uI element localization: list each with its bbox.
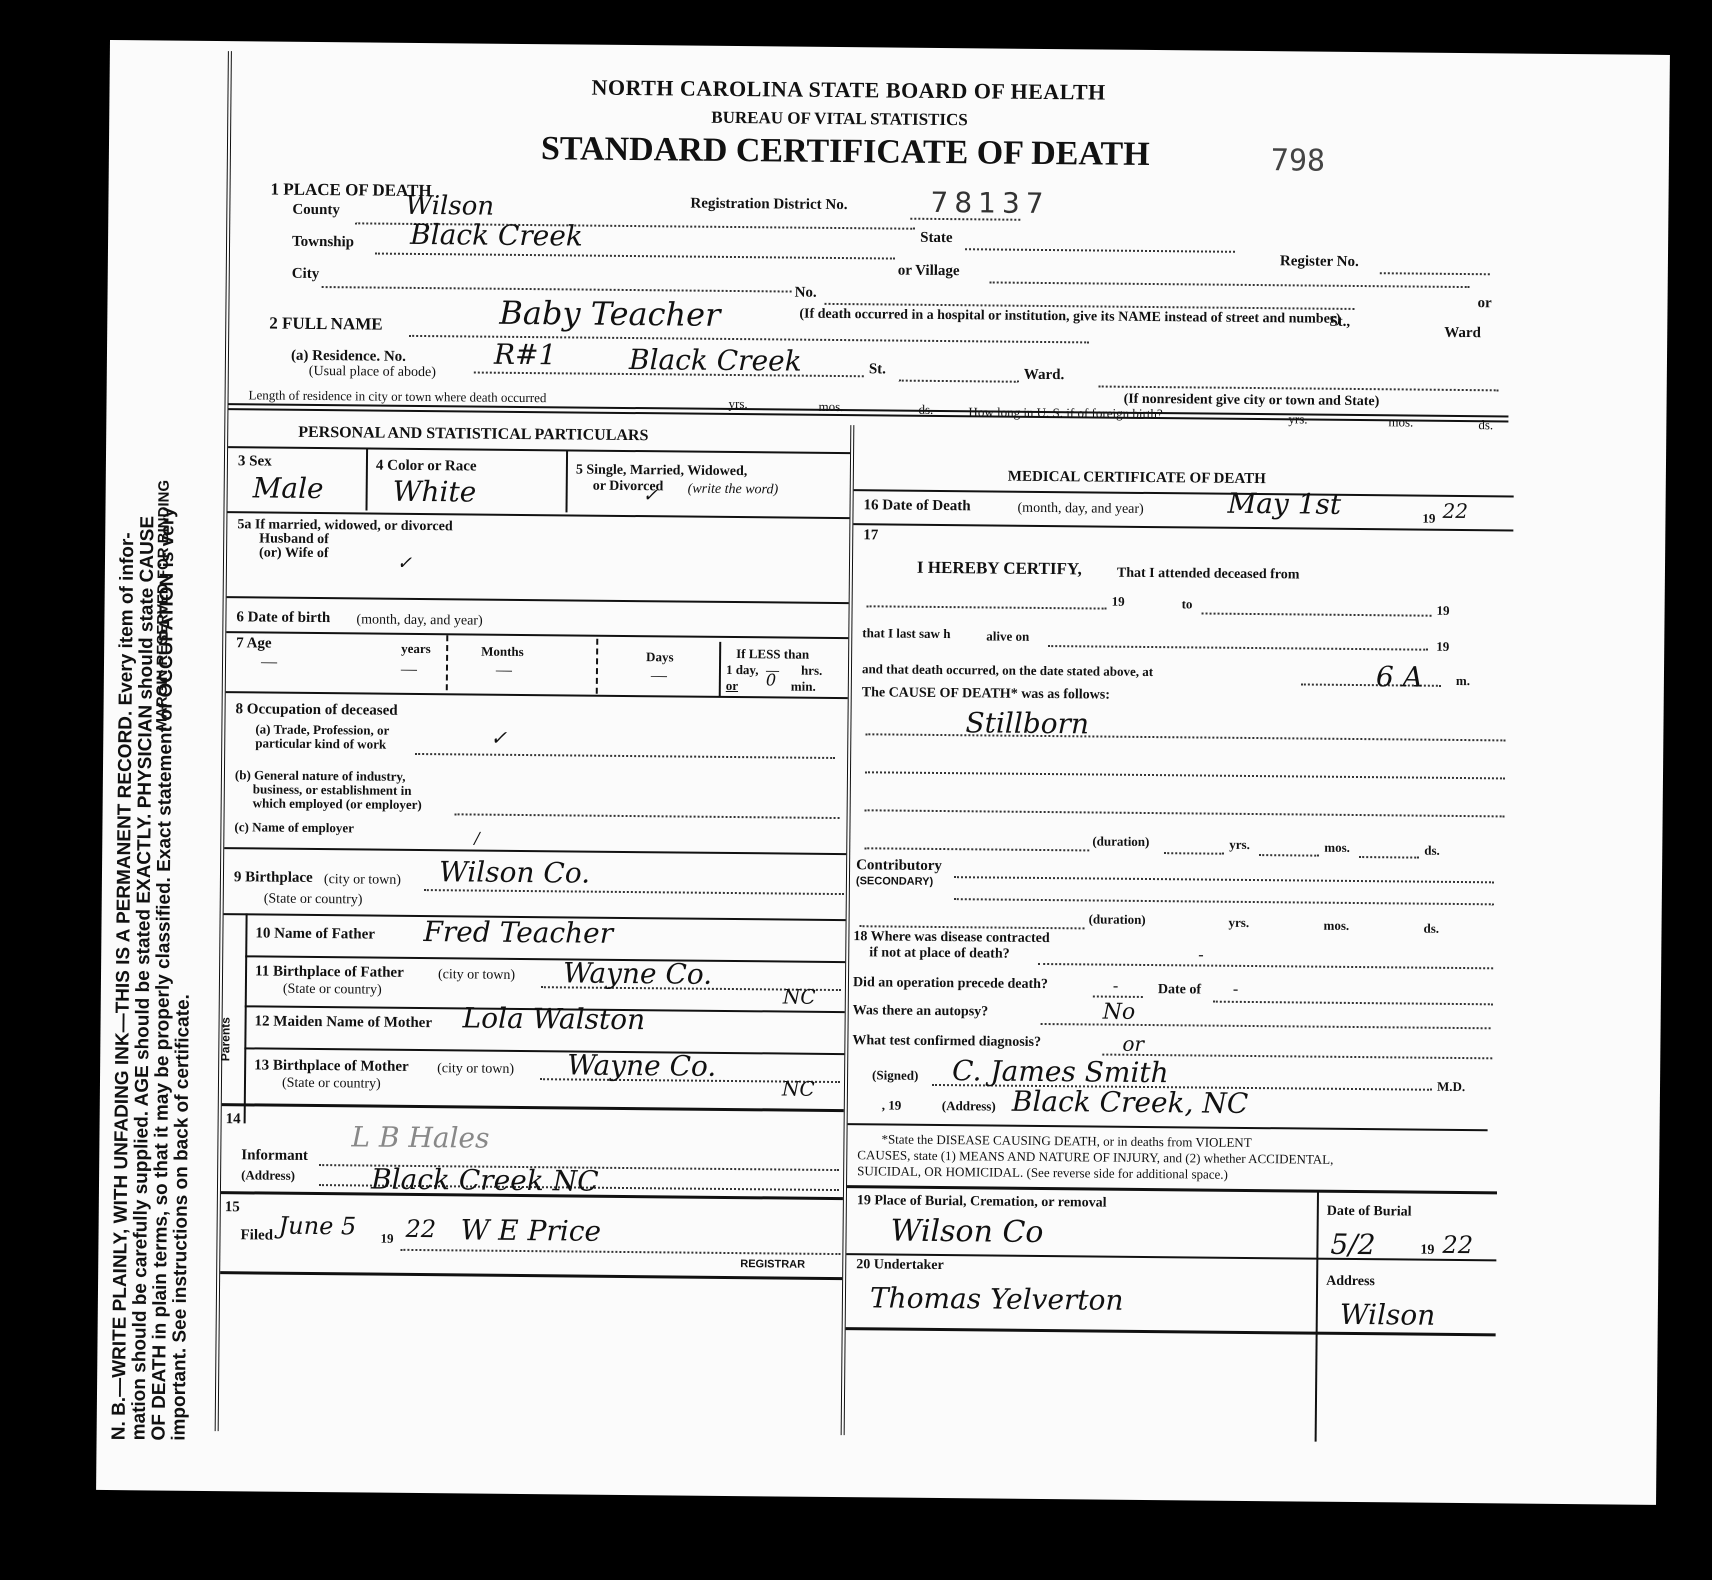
dod-value: May 1st bbox=[1227, 487, 1341, 521]
cause-footnote-3: SUICIDAL, OR HOMICIDAL. (See reverse sid… bbox=[857, 1163, 1228, 1183]
parents-side-label: Parents bbox=[218, 1017, 232, 1061]
physician-signature: C. James Smith bbox=[952, 1054, 1169, 1089]
operation-date-value: - bbox=[1233, 981, 1239, 999]
operation-value: - bbox=[1113, 978, 1119, 996]
full-name-label: 2 FULL NAME bbox=[269, 314, 383, 335]
burial-year-value: 22 bbox=[1442, 1231, 1473, 1259]
residence-st-label: St. bbox=[869, 361, 886, 378]
undertaker-value: Thomas Yelverton bbox=[870, 1281, 1124, 1316]
mother-birthplace-label: 13 Birthplace of Mother bbox=[254, 1057, 409, 1075]
county-label: County bbox=[292, 202, 340, 219]
death-occurred-label: and that death occurred, on the date sta… bbox=[862, 661, 1153, 680]
reg-district-label: Registration District No. bbox=[690, 196, 847, 215]
father-value: Fred Teacher bbox=[423, 915, 613, 950]
filed-label: Filed bbox=[240, 1227, 273, 1244]
test-label: What test confirmed diagnosis? bbox=[852, 1033, 1041, 1051]
last-saw-label: that I last saw h bbox=[862, 625, 950, 642]
q18-value: - bbox=[1198, 946, 1204, 964]
father-birthplace-value: Wayne Co. bbox=[563, 956, 712, 990]
occupation-c-value: / bbox=[474, 829, 480, 848]
marital-label: 5 Single, Married, Widowed, bbox=[576, 462, 748, 480]
test-value: or bbox=[1122, 1032, 1144, 1056]
dob-label: 6 Date of birth bbox=[236, 609, 330, 627]
dod-year-value: 22 bbox=[1442, 499, 1468, 523]
no-label: No. bbox=[795, 285, 817, 302]
village-label: or Village bbox=[898, 263, 960, 281]
days-value: — bbox=[651, 667, 667, 685]
informant-address-label: (Address) bbox=[241, 1167, 295, 1184]
father-birthplace-state: NC bbox=[783, 985, 816, 1009]
personal-section-title: PERSONAL AND STATISTICAL PARTICULARS bbox=[298, 424, 648, 445]
filed-date-value: June 5 bbox=[278, 1212, 356, 1241]
birthplace-value: Wilson Co. bbox=[439, 855, 590, 889]
years-value: — bbox=[401, 661, 417, 679]
burial-date-label: Date of Burial bbox=[1327, 1204, 1412, 1221]
state-label: State bbox=[920, 230, 953, 247]
form-frame: NORTH CAROLINA STATE BOARD OF HEALTH BUR… bbox=[215, 51, 1522, 1443]
contributory-label: Contributory bbox=[856, 857, 942, 875]
occupation-a-value: ✓ bbox=[490, 726, 507, 750]
foreign-birth-label: How long in U. S. if of foreign birth? bbox=[968, 404, 1162, 422]
bureau-title: BUREAU OF VITAL STATISTICS bbox=[711, 108, 968, 130]
mother-value: Lola Walston bbox=[462, 1001, 645, 1036]
signed-label: (Signed) bbox=[872, 1067, 918, 1083]
autopsy-label: Was there an autopsy? bbox=[853, 1003, 989, 1020]
informant-label: Informant bbox=[241, 1147, 308, 1165]
residence-sub: (Usual place of abode) bbox=[309, 364, 436, 381]
cause-of-death-label: The CAUSE OF DEATH* was as follows: bbox=[862, 685, 1110, 703]
physician-address-value: Black Creek, NC bbox=[1012, 1085, 1249, 1120]
occupation-label: 8 Occupation of deceased bbox=[235, 701, 397, 720]
city-label: City bbox=[292, 266, 320, 283]
residence-street-value: Black Creek bbox=[629, 343, 802, 378]
q18-label: 18 Where was disease contracted bbox=[853, 929, 1049, 947]
burial-place-value: Wilson Co bbox=[890, 1214, 1043, 1250]
hospital-note: (If death occurred in a hospital or inst… bbox=[799, 307, 1340, 328]
binding-margin: MARGIN RESERVED FOR BINDING N. B.—WRITE … bbox=[96, 40, 230, 1491]
filed-year-value: 22 bbox=[405, 1215, 436, 1243]
residence-no-value: R#1 bbox=[494, 338, 557, 372]
autopsy-value: No bbox=[1103, 1000, 1136, 1025]
sex-value: Male bbox=[253, 471, 324, 505]
death-certificate: MARGIN RESERVED FOR BINDING N. B.—WRITE … bbox=[96, 40, 1670, 1505]
race-label: 4 Color or Race bbox=[376, 458, 477, 476]
reg-district-value: 78137 bbox=[930, 186, 1049, 220]
full-name-value: Baby Teacher bbox=[499, 294, 720, 334]
mother-birthplace-value: Wayne Co. bbox=[567, 1048, 716, 1082]
dod-label: 16 Date of Death bbox=[863, 497, 970, 515]
agency-title: NORTH CAROLINA STATE BOARD OF HEALTH bbox=[591, 75, 1105, 106]
age-value: — bbox=[261, 653, 277, 671]
operation-label: Did an operation precede death? bbox=[853, 975, 1048, 993]
father-label: 10 Name of Father bbox=[255, 925, 375, 943]
mother-birthplace-state: NC bbox=[782, 1076, 815, 1100]
marital-value: ✓ bbox=[643, 485, 658, 506]
death-time-value: 6 A bbox=[1376, 660, 1423, 693]
undertaker-address-label: Address bbox=[1326, 1274, 1375, 1290]
sex-label: 3 Sex bbox=[238, 453, 272, 470]
burial-place-label: 19 Place of Burial, Cremation, or remova… bbox=[857, 1193, 1107, 1211]
township-label: Township bbox=[292, 234, 354, 252]
stamp-number: 798 bbox=[1271, 143, 1326, 179]
birthplace-label: 9 Birthplace bbox=[234, 869, 313, 887]
age-label: 7 Age bbox=[236, 635, 272, 652]
father-birthplace-label: 11 Birthplace of Father bbox=[255, 963, 404, 981]
registrar-value: W E Price bbox=[460, 1213, 601, 1247]
certify-caps: I HEREBY CERTIFY, bbox=[917, 558, 1082, 580]
or-label: or bbox=[1477, 295, 1491, 312]
race-value: White bbox=[393, 475, 477, 509]
register-no-label: Register No. bbox=[1280, 253, 1359, 271]
less-min-value: 0 bbox=[766, 670, 776, 689]
ward-label: Ward bbox=[1444, 325, 1481, 342]
physician-address-label: (Address) bbox=[942, 1098, 996, 1115]
residence-ward-label: Ward. bbox=[1024, 367, 1065, 384]
burial-date-value: 5/2 bbox=[1330, 1228, 1375, 1261]
informant-value: L B Hales bbox=[351, 1120, 489, 1154]
margin-instruction-4: important. See instructions on back of c… bbox=[169, 994, 195, 1441]
certificate-title: STANDARD CERTIFICATE OF DEATH bbox=[541, 130, 1150, 174]
months-value: — bbox=[496, 662, 512, 680]
township-value: Black Creek bbox=[410, 218, 583, 253]
mother-label: 12 Maiden Name of Mother bbox=[254, 1013, 432, 1032]
medical-section-title: MEDICAL CERTIFICATE OF DEATH bbox=[1008, 469, 1266, 488]
undertaker-address-value: Wilson bbox=[1340, 1298, 1436, 1332]
spouse-value: ✓ bbox=[397, 553, 412, 574]
registrar-label: REGISTRAR bbox=[740, 1258, 805, 1271]
undertaker-label: 20 Undertaker bbox=[856, 1257, 944, 1274]
